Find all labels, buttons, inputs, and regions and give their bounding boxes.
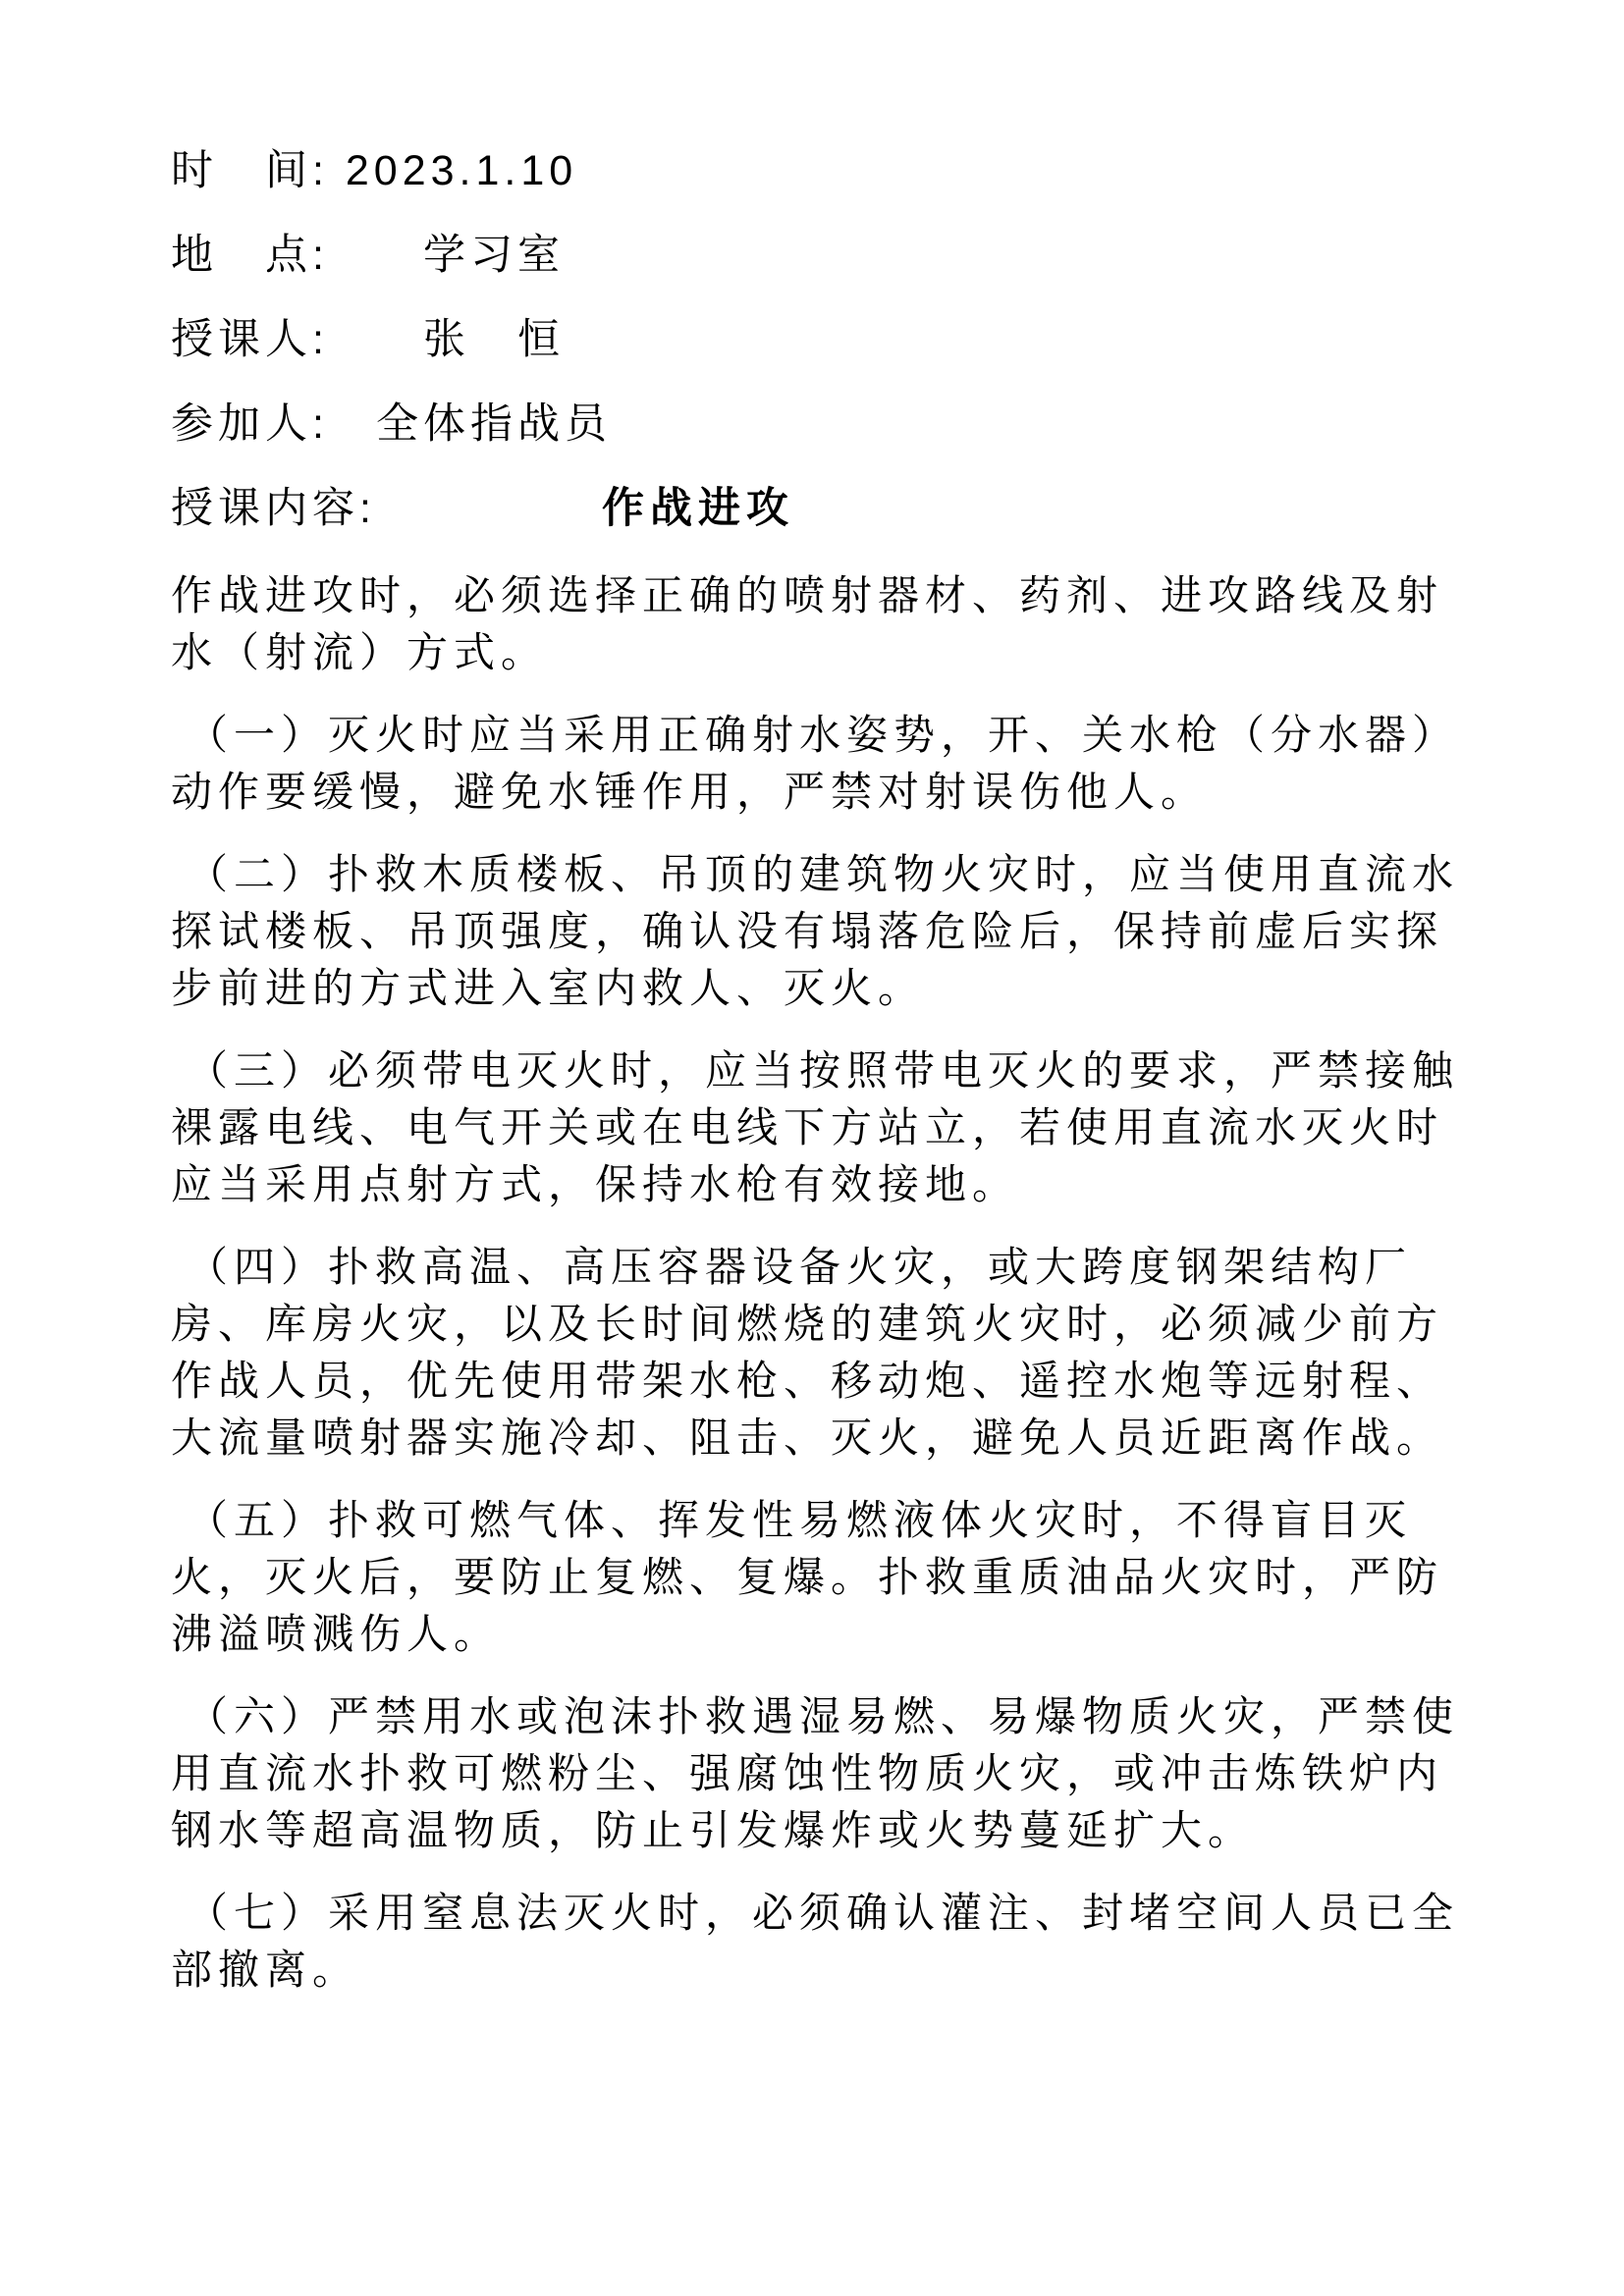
rule-item-3: （三）必须带电灭火时，应当按照带电灭火的要求，严禁接触裸露电线、电气开关或在电线… xyxy=(171,1042,1467,1213)
rule-item-2: （二）扑救木质楼板、吊顶的建筑物火灾时，应当使用直流水探试楼板、吊顶强度，确认没… xyxy=(171,846,1467,1017)
meta-place: 地 点: 学习室 xyxy=(171,232,1467,279)
rule-item-6: （六）严禁用水或泡沫扑救遇湿易燃、易爆物质火灾，严禁使用直流水扑救可燃粉尘、强腐… xyxy=(171,1688,1467,1859)
rule-item-5: （五）扑救可燃气体、挥发性易燃液体火灾时，不得盲目灭火，灭火后，要防止复燃、复爆… xyxy=(171,1492,1467,1663)
rule-item-4: （四）扑救高温、高压容器设备火灾，或大跨度钢架结构厂房、库房火灾，以及长时间燃烧… xyxy=(171,1239,1467,1467)
meta-lesson-content: 授课内容:作战进攻 xyxy=(171,485,1467,532)
meta-participants: 参加人: 全体指战员 xyxy=(171,400,1467,448)
rule-item-7: （七）采用窒息法灭火时，必须确认灌注、封堵空间人员已全部撤离。 xyxy=(171,1885,1467,1999)
meta-instructor: 授课人: 张 恒 xyxy=(171,316,1467,363)
document-page: 时 间: 2023.1.10 地 点: 学习室 授课人: 张 恒 参加人: 全体… xyxy=(0,0,1624,2296)
rule-item-1: （一）灭火时应当采用正确射水姿势，开、关水枪（分水器）动作要缓慢，避免水锤作用，… xyxy=(171,707,1467,821)
meta-time: 时 间: 2023.1.10 xyxy=(171,147,1467,194)
lesson-title: 作战进攻 xyxy=(602,485,794,532)
lesson-content-label: 授课内容: xyxy=(171,485,376,532)
intro-paragraph: 作战进攻时，必须选择正确的喷射器材、药剂、进攻路线及射水（射流）方式。 xyxy=(171,567,1467,681)
